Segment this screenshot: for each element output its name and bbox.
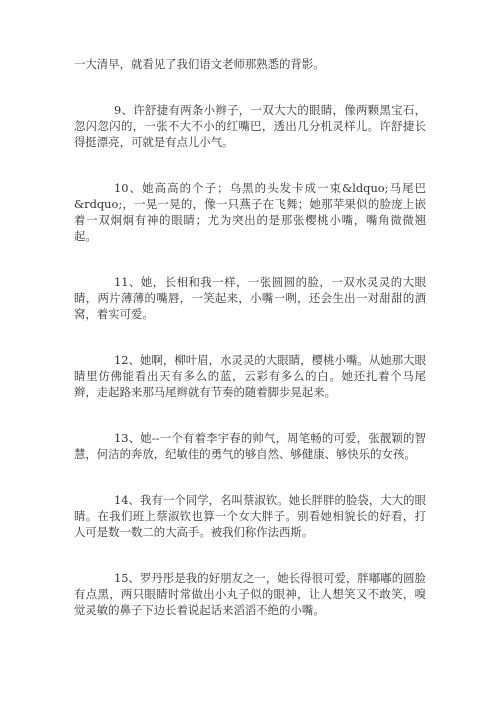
paragraph-14: 14、我有一个同学，名叫蔡淑钦。她长胖胖的脸袋，大大的眼睛。在我们班上蔡淑钦也算… bbox=[74, 492, 426, 540]
paragraph-10: 10、她高高的个子；乌黑的头发卡成一束&ldquo;马尾巴&rdquo;，一晃一… bbox=[74, 180, 426, 244]
paragraph-gap bbox=[74, 462, 426, 492]
paragraph-15: 15、罗丹彤是我的好朋友之一，她长得很可爱，胖嘟嘟的圆脸有点黑，两只眼睛时常做出… bbox=[74, 570, 426, 618]
paragraph-12: 12、她啊，柳叶眉，水灵灵的大眼睛，樱桃小嘴。从她那大眼睛里仿佛能看出天有多么的… bbox=[74, 352, 426, 400]
paragraph-gap bbox=[74, 150, 426, 180]
paragraph-gap bbox=[74, 400, 426, 430]
paragraph-intro: 一大清早，就看见了我们语文老师那熟悉的背影。 bbox=[74, 56, 426, 72]
paragraph-gap bbox=[74, 322, 426, 352]
paragraph-9: 9、许舒捷有两条小辫子，一双大大的眼睛，像两颗黑宝石，忽闪忽闪的，一张不大不小的… bbox=[74, 102, 426, 150]
paragraph-gap bbox=[74, 540, 426, 570]
document-body: 一大清早，就看见了我们语文老师那熟悉的背影。 9、许舒捷有两条小辫子，一双大大的… bbox=[74, 56, 426, 618]
paragraph-13: 13、她--一个有着李宇春的帅气，周笔畅的可爱，张靓颖的智慧，何洁的奔放，纪敏佳… bbox=[74, 430, 426, 462]
paragraph-gap bbox=[74, 244, 426, 274]
paragraph-11: 11、她，长相和我一样，一张圆圆的脸，一双水灵灵的大眼睛，两片薄薄的嘴唇，一笑起… bbox=[74, 274, 426, 322]
paragraph-gap bbox=[74, 72, 426, 102]
